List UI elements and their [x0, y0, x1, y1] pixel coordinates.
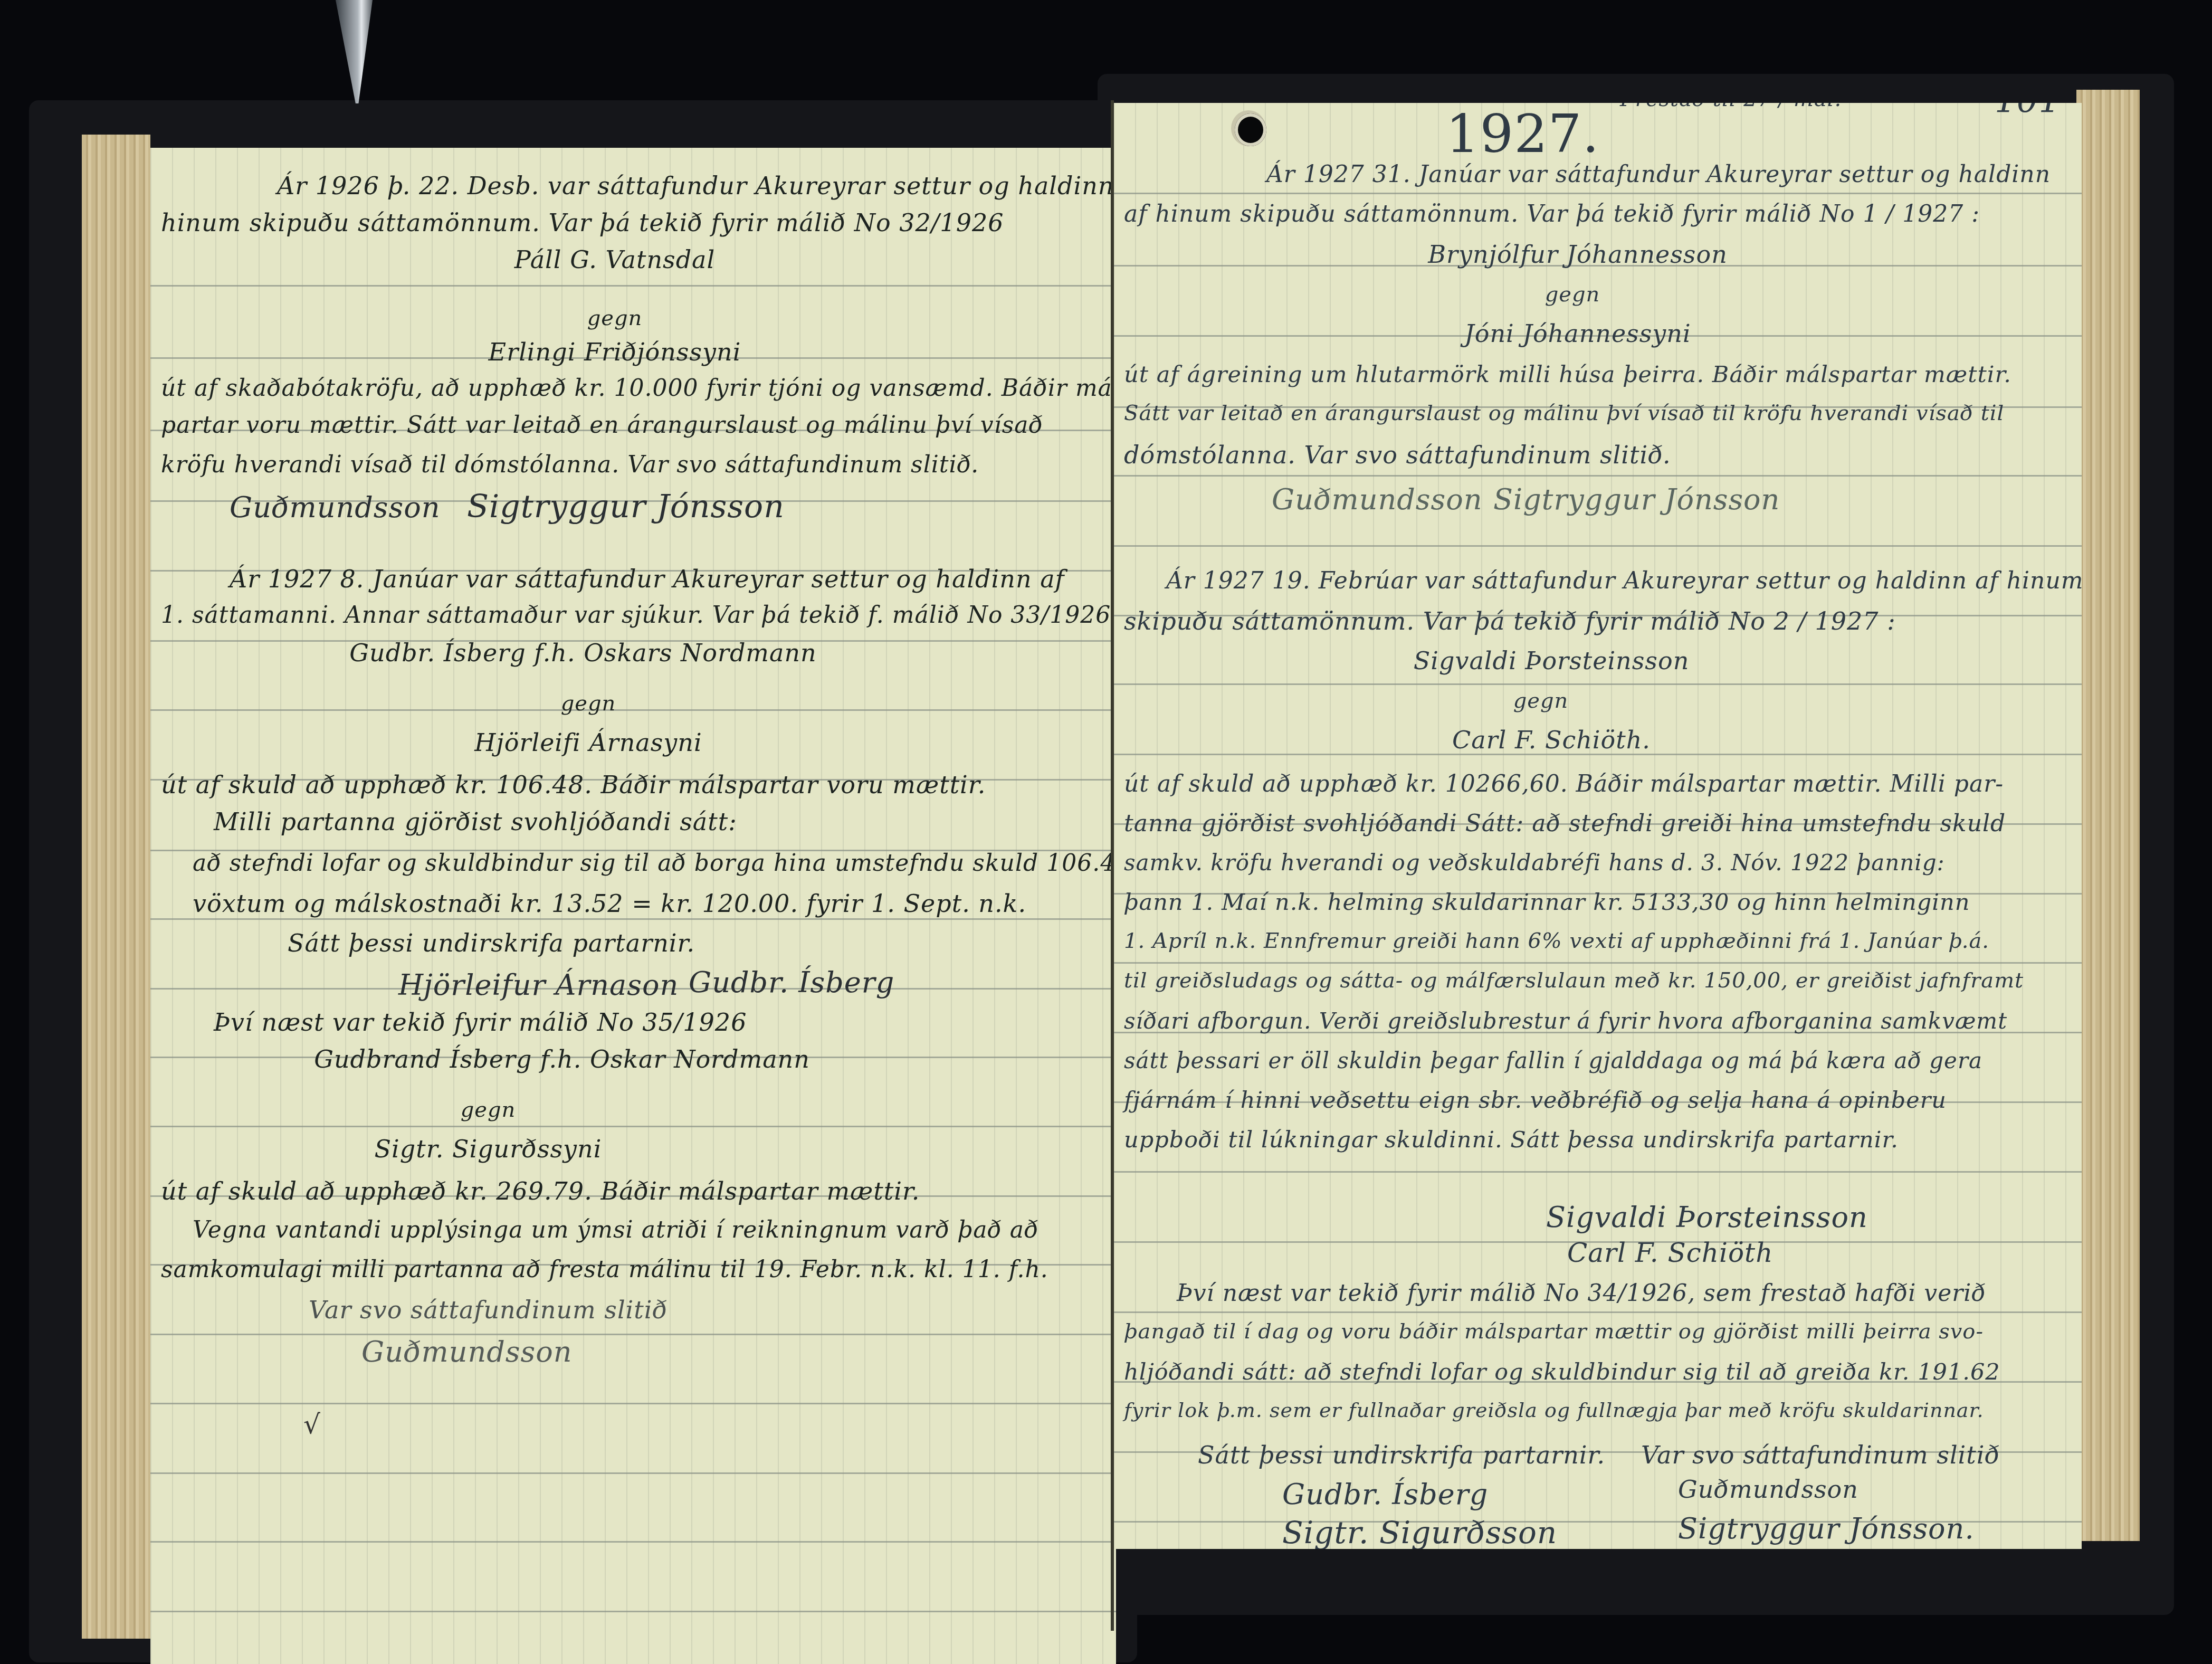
- page-edges-left: [82, 135, 150, 1639]
- plaintiff-name: Gudbrand Ísberg f.h. Oskar Nordmann: [314, 1045, 810, 1073]
- entry-line: Því næst var tekið fyrir málið No 34/192…: [1177, 1280, 1986, 1307]
- entry-line: út af skuld að upphæð kr. 269.79. Báðir …: [161, 1177, 920, 1205]
- book-spine: [1111, 100, 1114, 1631]
- punch-hole-right: [1235, 113, 1266, 146]
- entry-line: Ár 1927 19. Febrúar var sáttafundur Akur…: [1166, 567, 2082, 594]
- defendant-name: Erlingi Friðjónssyni: [489, 338, 741, 366]
- signature: Sigvaldi Þorsteinsson: [1546, 1201, 1868, 1234]
- gegn-label: gegn: [1513, 689, 1569, 713]
- right-page: 1927. Frestað til 27 / mál. 101 Ár 1927 …: [1113, 103, 2082, 1549]
- left-page: \ Ár 1926 þ. 22. Desb. var sáttafundur A…: [150, 148, 1116, 1664]
- defendant-name: Carl F. Schiöth.: [1452, 726, 1651, 754]
- page-edges-right: [2076, 90, 2140, 1541]
- entry-line: dómstólanna. Var svo sáttafundinum sliti…: [1124, 441, 1671, 469]
- entry-line: út af skuld að upphæð kr. 10266,60. Báði…: [1124, 771, 2004, 797]
- entry-line: Milli partanna gjörðist svohljóðandi sát…: [214, 807, 737, 836]
- entry-line: skipuðu sáttamönnum. Var þá tekið fyrir …: [1124, 607, 1896, 635]
- entry-line: vöxtum og málskostnaði kr. 13.52 = kr. 1…: [193, 889, 1026, 918]
- defendant-name: Sigtr. Sigurðssyni: [375, 1135, 602, 1163]
- entry-line: út af ágreining um hlutarmörk milli húsa…: [1124, 362, 2011, 388]
- entry-line: til greiðsludags og sátta- og málfærslul…: [1124, 968, 2024, 993]
- entry-line: Ár 1927 8. Janúar var sáttafundur Akurey…: [230, 565, 1065, 593]
- entry-line: af hinum skipuðu sáttamönnum. Var þá tek…: [1124, 201, 1980, 227]
- entry-line: Sátt þessi undirskrifa partarnir.: [1198, 1441, 1605, 1469]
- gegn-label: gegn: [561, 691, 616, 716]
- page-number: 101: [1995, 103, 2061, 121]
- signature: Sigtr. Sigurðsson: [1282, 1515, 1557, 1549]
- signature: Guðmundsson: [1678, 1475, 1858, 1504]
- gegn-label: gegn: [587, 306, 643, 330]
- entry-line: Vegna vantandi upplýsinga um ýmsi atriði…: [193, 1216, 1039, 1243]
- signature: Gudbr. Ísberg: [1282, 1478, 1488, 1511]
- plaintiff-name: Gudbr. Ísberg f.h. Oskars Nordmann: [349, 639, 816, 667]
- plaintiff-name: Sigvaldi Þorsteinsson: [1414, 646, 1690, 675]
- margin-note: Frestað til 27 / mál.: [1620, 103, 1842, 111]
- year-heading: 1927.: [1446, 103, 1599, 165]
- check-mark: √: [303, 1409, 320, 1440]
- entry-line: fjárnám í hinni veðsettu eign sbr. veðbr…: [1124, 1087, 1947, 1114]
- entry-line: tanna gjörðist svohljóðandi Sátt: að ste…: [1124, 810, 2006, 837]
- plaintiff-name: Brynjólfur Jóhannesson: [1428, 240, 1728, 269]
- signature: Guðmundsson: [361, 1335, 572, 1368]
- signature: Sigtryggur Jónsson: [1493, 483, 1780, 516]
- signature: Gudbr. Ísberg: [689, 966, 894, 999]
- entry-line: að stefndi lofar og skuldbindur sig til …: [193, 850, 1116, 877]
- entry-line: Var svo sáttafundinum slitið: [1641, 1441, 2000, 1469]
- entry-line: þangað til í dag og voru báðir málsparta…: [1124, 1319, 1984, 1344]
- entry-line: 1. Apríl n.k. Ennfremur greiði hann 6% v…: [1124, 929, 1989, 953]
- entry-line: út af skuld að upphæð kr. 106.48. Báðir …: [161, 771, 986, 799]
- signature: Sigtryggur Jónsson: [467, 488, 785, 525]
- signature: Carl F. Schiöth: [1567, 1238, 1773, 1268]
- entry-line: hljóðandi sátt: að stefndi lofar og skul…: [1124, 1359, 2000, 1385]
- entry-line: partar voru mættir. Sátt var leitað en á…: [161, 412, 1043, 439]
- entry-line: Ár 1926 þ. 22. Desb. var sáttafundur Aku…: [277, 172, 1116, 200]
- defendant-name: Hjörleifi Árnasyni: [474, 728, 702, 757]
- entry-line: síðari afborgun. Verði greiðslubrestur á…: [1124, 1008, 2007, 1034]
- entry-line: kröfu hverandi vísað til dómstólanna. Va…: [161, 451, 979, 478]
- entry-line: út af skaðabótakröfu, að upphæð kr. 10.0…: [161, 375, 1116, 402]
- entry-line: uppboði til lúkningar skuldinni. Sátt þe…: [1124, 1127, 1899, 1153]
- entry-line: fyrir lok þ.m. sem er fullnaðar greiðsla…: [1124, 1399, 1984, 1422]
- entry-line: Ár 1927 31. Janúar var sáttafundur Akure…: [1266, 161, 2051, 188]
- signature: Guðmundsson: [1272, 483, 1482, 516]
- signature: Sigtryggur Jónsson.: [1678, 1512, 1975, 1545]
- entry-line: sátt þessari er öll skuldin þegar fallin…: [1124, 1048, 1982, 1073]
- entry-line: samkomulagi milli partanna að fresta mál…: [161, 1256, 1048, 1283]
- entry-line: Sátt þessi undirskrifa partarnir.: [288, 929, 695, 957]
- entry-line: 1. sáttamanni. Annar sáttamaður var sjúk…: [161, 602, 1111, 629]
- plaintiff-name: Páll G. Vatnsdal: [514, 245, 715, 274]
- entry-line: hinum skipuðu sáttamönnum. Var þá tekið …: [161, 208, 1004, 237]
- signature: Hjörleifur Árnason: [398, 968, 679, 1002]
- signature: Guðmundsson: [230, 491, 440, 524]
- gegn-label: gegn: [461, 1098, 516, 1122]
- letter-opener-blade: [336, 0, 373, 103]
- entry-line: samkv. kröfu hverandi og veðskuldabréfi …: [1124, 850, 1945, 876]
- gegn-label: gegn: [1545, 282, 1600, 307]
- defendant-name: Jóni Jóhannessyni: [1464, 319, 1691, 348]
- entry-line: Var svo sáttafundinum slitið: [309, 1296, 668, 1324]
- entry-line: Sátt var leitað en árangurslaust og máli…: [1124, 401, 2004, 425]
- entry-line: Því næst var tekið fyrir málið No 35/192…: [214, 1008, 747, 1037]
- entry-line: þann 1. Maí n.k. helming skuldarinnar kr…: [1124, 889, 1970, 916]
